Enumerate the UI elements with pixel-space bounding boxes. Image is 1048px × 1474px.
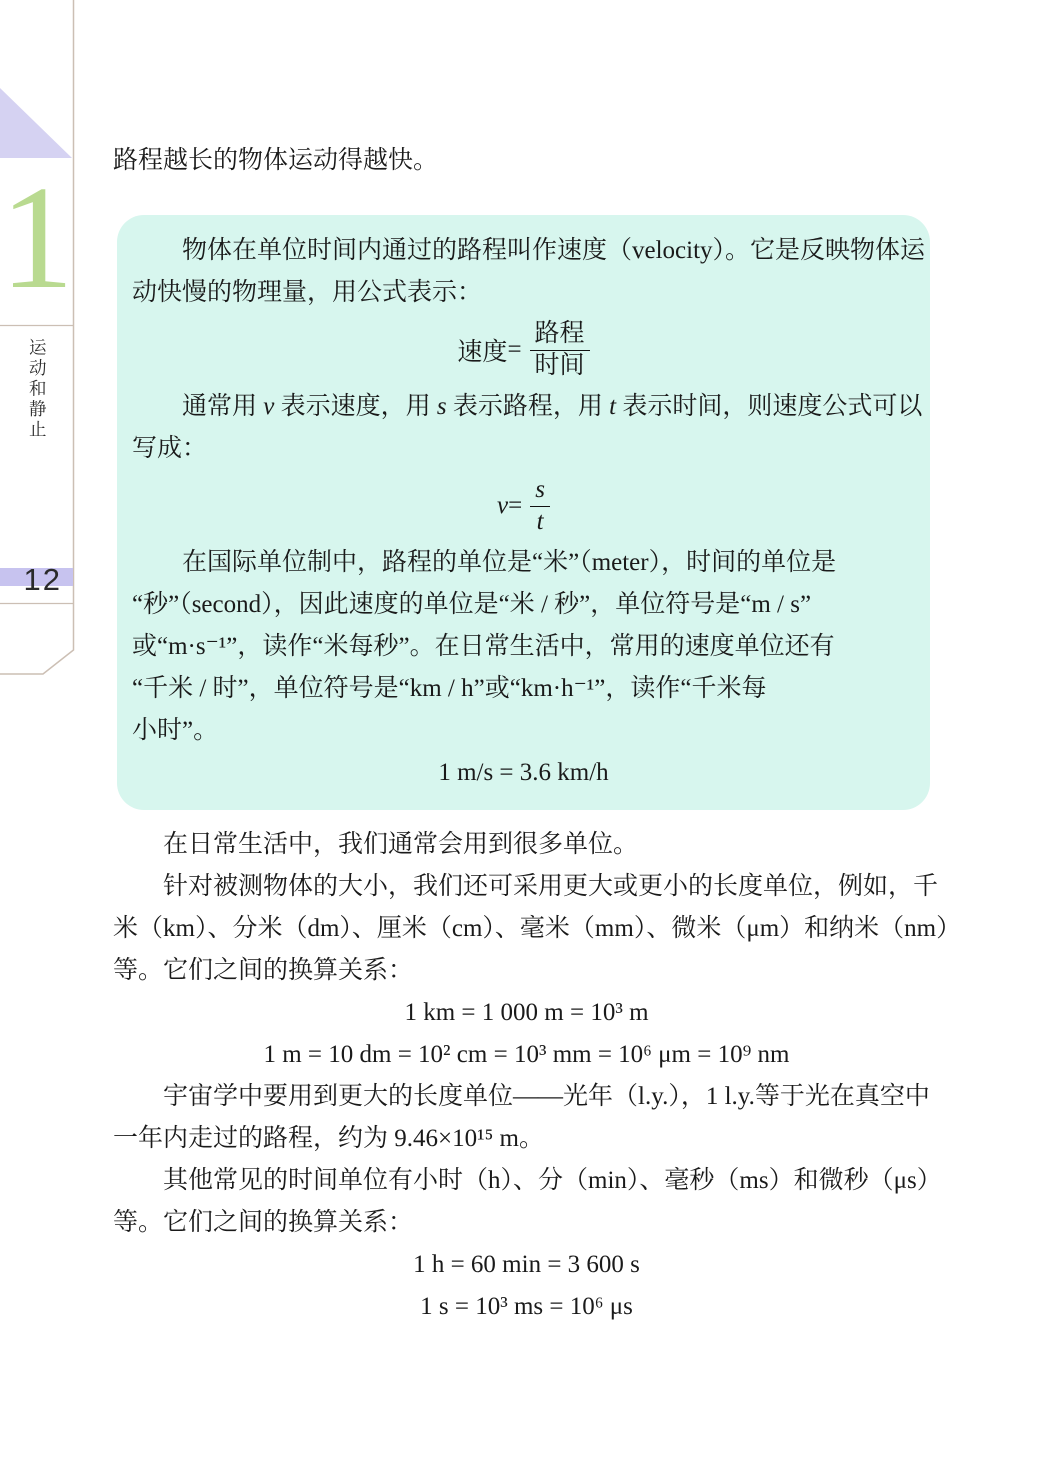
text-line: 或“m·s⁻¹”，读作“米每秒”。在日常生活中，常用的速度单位还有 — [132, 626, 915, 668]
page-number: 12 — [0, 564, 62, 595]
fraction: 路程时间 — [530, 319, 590, 381]
text-line: 宇宙学中要用到更大的长度单位——光年（l.y.），1 l.y.等于光在真空中 — [113, 1076, 940, 1118]
text-line: 小时”。 — [132, 710, 915, 752]
formula-lhs: v — [497, 492, 508, 520]
text-line: 在日常生活中，我们通常会用到很多单位。 — [113, 824, 940, 866]
ms-kmh-conversion-formula: 1 m/s = 3.6 km/h — [132, 752, 915, 794]
fraction-denominator: 时间 — [530, 351, 590, 382]
text-segment: 表示时间，则速度公式可以 — [616, 393, 922, 420]
fraction-numerator: 路程 — [530, 319, 590, 351]
text-line: 物体在单位时间内通过的路程叫作速度（velocity）。它是反映物体运 — [132, 230, 915, 272]
equals-sign: = — [508, 492, 522, 520]
chapter-number: 1 — [0, 164, 64, 312]
fraction-denominator: t — [530, 507, 550, 538]
chapter-title-text: 运动和静止 — [28, 338, 46, 448]
text-segment: 表示路程，用 — [447, 393, 610, 420]
second-conversion-formula: 1 s = 10³ ms = 10⁶ μs — [113, 1286, 940, 1328]
definition-highlight-box: 物体在单位时间内通过的路程叫作速度（velocity）。它是反映物体运 动快慢的… — [117, 215, 930, 810]
textbook-page: 1 运动和静止 12 路程越长的物体运动得越快。 物体在单位时间内通过的路程叫作… — [0, 0, 1048, 1474]
text-line: 等。它们之间的换算关系： — [113, 950, 940, 992]
page-body: 路程越长的物体运动得越快。 物体在单位时间内通过的路程叫作速度（velocity… — [113, 0, 940, 1328]
fraction: st — [530, 475, 550, 537]
hour-conversion-formula: 1 h = 60 min = 3 600 s — [113, 1244, 940, 1286]
chapter-title-vertical: 运动和静止 — [0, 338, 73, 448]
text-line: “千米 / 时”，单位符号是“km / h”或“km·h⁻¹”，读作“千米每 — [132, 668, 915, 710]
fraction-numerator: s — [530, 475, 550, 507]
text-line: 米（km）、分米（dm）、厘米（cm）、毫米（mm）、微米（μm）和纳米（nm） — [113, 908, 940, 950]
variable-s: s — [437, 393, 447, 420]
text-line: 通常用 v 表示速度，用 s 表示路程，用 t 表示时间，则速度公式可以 — [132, 386, 915, 428]
text-line: 动快慢的物理量，用公式表示： — [132, 272, 915, 314]
text-segment: 表示速度，用 — [274, 393, 437, 420]
velocity-word-formula: 速度 = 路程时间 — [132, 319, 915, 381]
intro-paragraph: 路程越长的物体运动得越快。 — [113, 140, 940, 182]
equals-sign: = — [507, 336, 521, 364]
text-line: 其他常见的时间单位有小时（h）、分（min）、毫秒（ms）和微秒（μs） — [113, 1160, 940, 1202]
km-conversion-formula: 1 km = 1 000 m = 10³ m — [113, 992, 940, 1034]
text-line: 写成： — [132, 428, 915, 470]
text-line: 针对被测物体的大小，我们还可采用更大或更小的长度单位，例如，千 — [113, 866, 940, 908]
variable-v: v — [263, 393, 274, 420]
text-line: 在国际单位制中，路程的单位是“米”（meter），时间的单位是 — [132, 542, 915, 584]
text-line: 一年内走过的路程，约为 9.46×10¹⁵ m。 — [113, 1118, 940, 1160]
formula-lhs: 速度 — [457, 332, 507, 368]
text-segment: 通常用 — [182, 393, 263, 420]
text-line: 等。它们之间的换算关系： — [113, 1202, 940, 1244]
text-line: “秒”（second），因此速度的单位是“米 / 秒”，单位符号是“m / s” — [132, 584, 915, 626]
velocity-symbol-formula: v = st — [132, 475, 915, 537]
m-conversion-formula: 1 m = 10 dm = 10² cm = 10³ mm = 10⁶ μm =… — [113, 1034, 940, 1076]
